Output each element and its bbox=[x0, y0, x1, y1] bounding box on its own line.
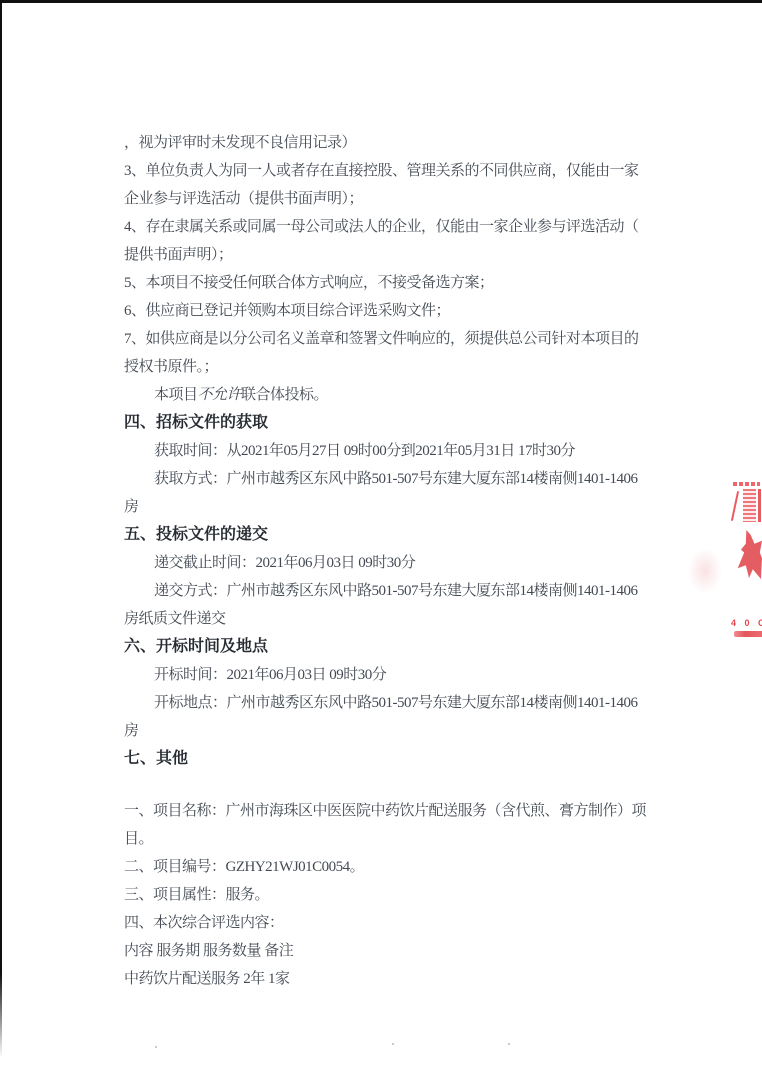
section-4-method: 获取方式：广州市越秀区东风中路501-507号东建大厦东部14楼南侧1401-1… bbox=[124, 465, 651, 521]
section-7-heading: 七、其他 bbox=[124, 745, 651, 773]
clause-6: 6、供应商已登记并领购本项目综合评选采购文件； bbox=[124, 297, 651, 325]
selection-table-row: 中药饮片配送服务 2年 1家 bbox=[124, 965, 651, 993]
section-6-heading: 六、开标时间及地点 bbox=[124, 633, 651, 661]
scan-speck bbox=[508, 1043, 510, 1045]
red-stamp-fragment-bottom: 4 0 C bbox=[731, 618, 762, 640]
note-suffix: 联合体投标。 bbox=[241, 387, 328, 403]
note-emphasis-italic: 不允许 bbox=[198, 387, 242, 403]
clause-7: 7、如供应商是以分公司名义盖章和签署文件响应的，须提供总公司针对本项目的授权书原… bbox=[124, 325, 651, 381]
no-consortium-note: 本项目不允许联合体投标。 bbox=[124, 381, 651, 409]
section-6-time: 开标时间：2021年06月03日 09时30分 bbox=[124, 661, 651, 689]
section-5-method: 递交方式：广州市越秀区东风中路501-507号东建大厦东部14楼南侧1401-1… bbox=[124, 577, 651, 633]
document-body: ，视为评审时未发现不良信用记录） 3、单位负责人为同一人或者存在直接控股、管理关… bbox=[124, 129, 651, 993]
section-5-deadline: 递交截止时间：2021年06月03日 09时30分 bbox=[124, 549, 651, 577]
section-7-item-3: 三、项目属性：服务。 bbox=[124, 881, 651, 909]
scanned-document-page: ，视为评审时未发现不良信用记录） 3、单位负责人为同一人或者存在直接控股、管理关… bbox=[0, 0, 762, 1080]
red-stamp-fragment-top bbox=[731, 482, 762, 524]
clause-3: 3、单位负责人为同一人或者存在直接控股、管理关系的不同供应商，仅能由一家企业参与… bbox=[124, 157, 651, 213]
stamp-dashed-mark bbox=[733, 482, 760, 486]
section-4-time: 获取时间：从2021年05月27日 09时00分到2021年05月31日 17时… bbox=[124, 437, 651, 465]
clause-intro-continuation: ，视为评审时未发现不良信用记录） bbox=[124, 129, 651, 157]
section-7-item-4: 四、本次综合评选内容： bbox=[124, 909, 651, 937]
scan-edge-top bbox=[0, 0, 762, 3]
scan-speck bbox=[392, 1043, 394, 1045]
section-6-place: 开标地点：广州市越秀区东风中路501-507号东建大厦东部14楼南侧1401-1… bbox=[124, 689, 651, 745]
stamp-code-text: 4 0 C bbox=[731, 618, 762, 629]
red-stamp-fragment-middle bbox=[735, 530, 762, 579]
stamp-glyph-column bbox=[743, 489, 756, 522]
scan-edge-left bbox=[0, 0, 2, 1058]
stamp-diagonal-stroke bbox=[731, 491, 739, 521]
section-4-heading: 四、招标文件的获取 bbox=[124, 409, 651, 437]
section-7-item-2: 二、项目编号：GZHY21WJ01C0054。 bbox=[124, 853, 651, 881]
selection-table-header: 内容 服务期 服务数量 备注 bbox=[124, 937, 651, 965]
section-7-item-1: 一、项目名称：广州市海珠区中医医院中药饮片配送服务（含代煎、膏方制作）项目。 bbox=[124, 797, 651, 853]
scan-speck bbox=[155, 1046, 157, 1048]
clause-4: 4、存在隶属关系或同属一母公司或法人的企业，仅能由一家企业参与评选活动（提供书面… bbox=[124, 213, 651, 269]
stamp-red-strip bbox=[734, 631, 762, 637]
stamp-vertical-bar bbox=[758, 489, 761, 522]
clause-5: 5、本项目不接受任何联合体方式响应，不接受备选方案； bbox=[124, 269, 651, 297]
note-prefix: 本项目 bbox=[154, 387, 198, 403]
stamp-ink-smudge bbox=[688, 548, 722, 594]
section-5-heading: 五、投标文件的递交 bbox=[124, 521, 651, 549]
